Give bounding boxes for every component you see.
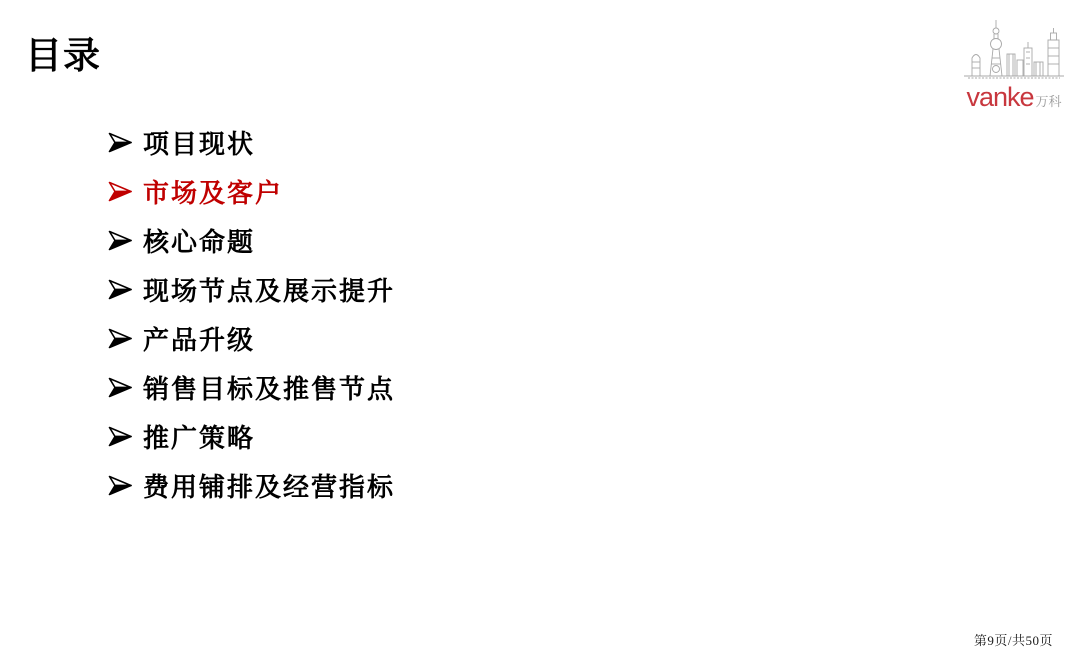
brand-name-en: vanke: [966, 82, 1033, 112]
toc-item-label: 销售目标及推售节点: [143, 369, 395, 406]
table-of-contents: 项目现状 市场及客户 核心命题: [108, 118, 395, 510]
toc-item-project-status[interactable]: 项目现状: [108, 118, 395, 167]
vanke-logo: vanke万科: [958, 18, 1070, 111]
toc-item-market-customers[interactable]: 市场及客户: [108, 167, 395, 216]
toc-item-site-display[interactable]: 现场节点及展示提升: [108, 265, 395, 314]
toc-item-cost-operating-metrics[interactable]: 费用铺排及经营指标: [108, 461, 395, 510]
page-title: 目录: [25, 33, 101, 78]
arrow-bullet-icon: [108, 328, 133, 349]
toc-item-label: 现场节点及展示提升: [143, 271, 395, 308]
toc-item-label: 推广策略: [143, 418, 255, 455]
arrow-bullet-icon: [108, 475, 133, 496]
page-number: 第9页/共50页: [974, 630, 1053, 649]
toc-item-label: 市场及客户: [143, 173, 283, 210]
arrow-bullet-icon: [108, 132, 133, 153]
arrow-bullet-icon: [108, 377, 133, 398]
toc-item-sales-targets[interactable]: 销售目标及推售节点: [108, 363, 395, 412]
arrow-bullet-icon: [108, 181, 133, 202]
brand-name-cn: 万科: [1036, 94, 1062, 109]
toc-item-label: 产品升级: [143, 320, 255, 357]
arrow-bullet-icon: [108, 279, 133, 300]
arrow-bullet-icon: [108, 230, 133, 251]
city-skyline-icon: [962, 18, 1066, 82]
toc-item-product-upgrade[interactable]: 产品升级: [108, 314, 395, 363]
toc-item-label: 费用铺排及经营指标: [143, 467, 395, 504]
toc-item-promotion-strategy[interactable]: 推广策略: [108, 412, 395, 461]
toc-item-core-proposition[interactable]: 核心命题: [108, 216, 395, 265]
slide: 目录: [0, 0, 1080, 656]
toc-item-label: 核心命题: [143, 222, 255, 259]
arrow-bullet-icon: [108, 426, 133, 447]
toc-item-label: 项目现状: [143, 124, 255, 161]
vanke-wordmark: vanke万科: [958, 84, 1070, 111]
